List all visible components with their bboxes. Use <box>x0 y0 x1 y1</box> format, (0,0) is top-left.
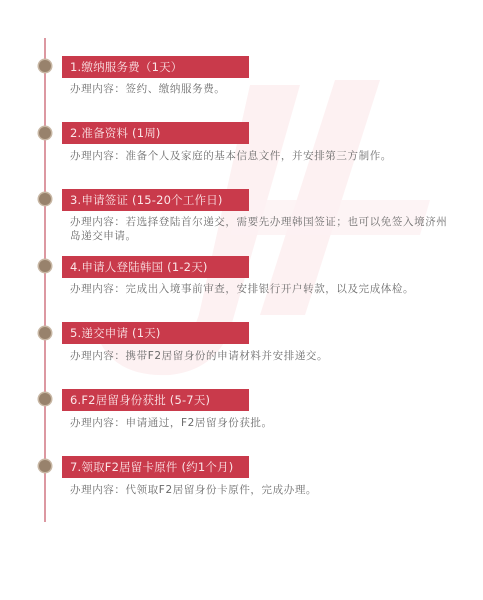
step-title: 2.准备资料 (1周) <box>62 122 249 144</box>
step-description: 办理内容：代领取F2居留身份卡原件，完成办理。 <box>70 483 460 497</box>
step-description: 办理内容：签约、缴纳服务费。 <box>70 82 460 96</box>
step-description: 办理内容：准备个人及家庭的基本信息文件，并安排第三方制作。 <box>70 149 460 163</box>
step-title: 7.领取F2居留卡原件 (约1个月) <box>62 456 249 478</box>
timeline-line <box>44 38 46 522</box>
timeline-dot-icon <box>39 460 51 472</box>
step-description: 办理内容：申请通过，F2居留身份获批。 <box>70 416 460 430</box>
step-title: 6.F2居留身份获批 (5-7天) <box>62 389 249 411</box>
step-title: 5.递交申请 (1天) <box>62 322 249 344</box>
timeline-dot-icon <box>39 127 51 139</box>
timeline-dot-icon <box>39 193 51 205</box>
process-timeline-page: 1.缴纳服务费（1天） 办理内容：签约、缴纳服务费。 2.准备资料 (1周) 办… <box>0 0 483 600</box>
step-title: 1.缴纳服务费（1天） <box>62 56 249 78</box>
step-title: 3.申请签证 (15-20个工作日) <box>62 189 249 211</box>
step-description: 办理内容：完成出入境事前审查，安排银行开户转款，以及完成体检。 <box>70 282 460 296</box>
timeline-dot-icon <box>39 327 51 339</box>
step-description: 办理内容：若选择登陆首尔递交，需要先办理韩国签证；也可以免签入境济州岛递交申请。 <box>70 215 450 243</box>
timeline-dot-icon <box>39 393 51 405</box>
step-title: 4.申请人登陆韩国 (1-2天) <box>62 256 249 278</box>
timeline-dot-icon <box>39 260 51 272</box>
timeline-dot-icon <box>39 60 51 72</box>
step-description: 办理内容：携带F2居留身份的申请材料并安排递交。 <box>70 349 460 363</box>
